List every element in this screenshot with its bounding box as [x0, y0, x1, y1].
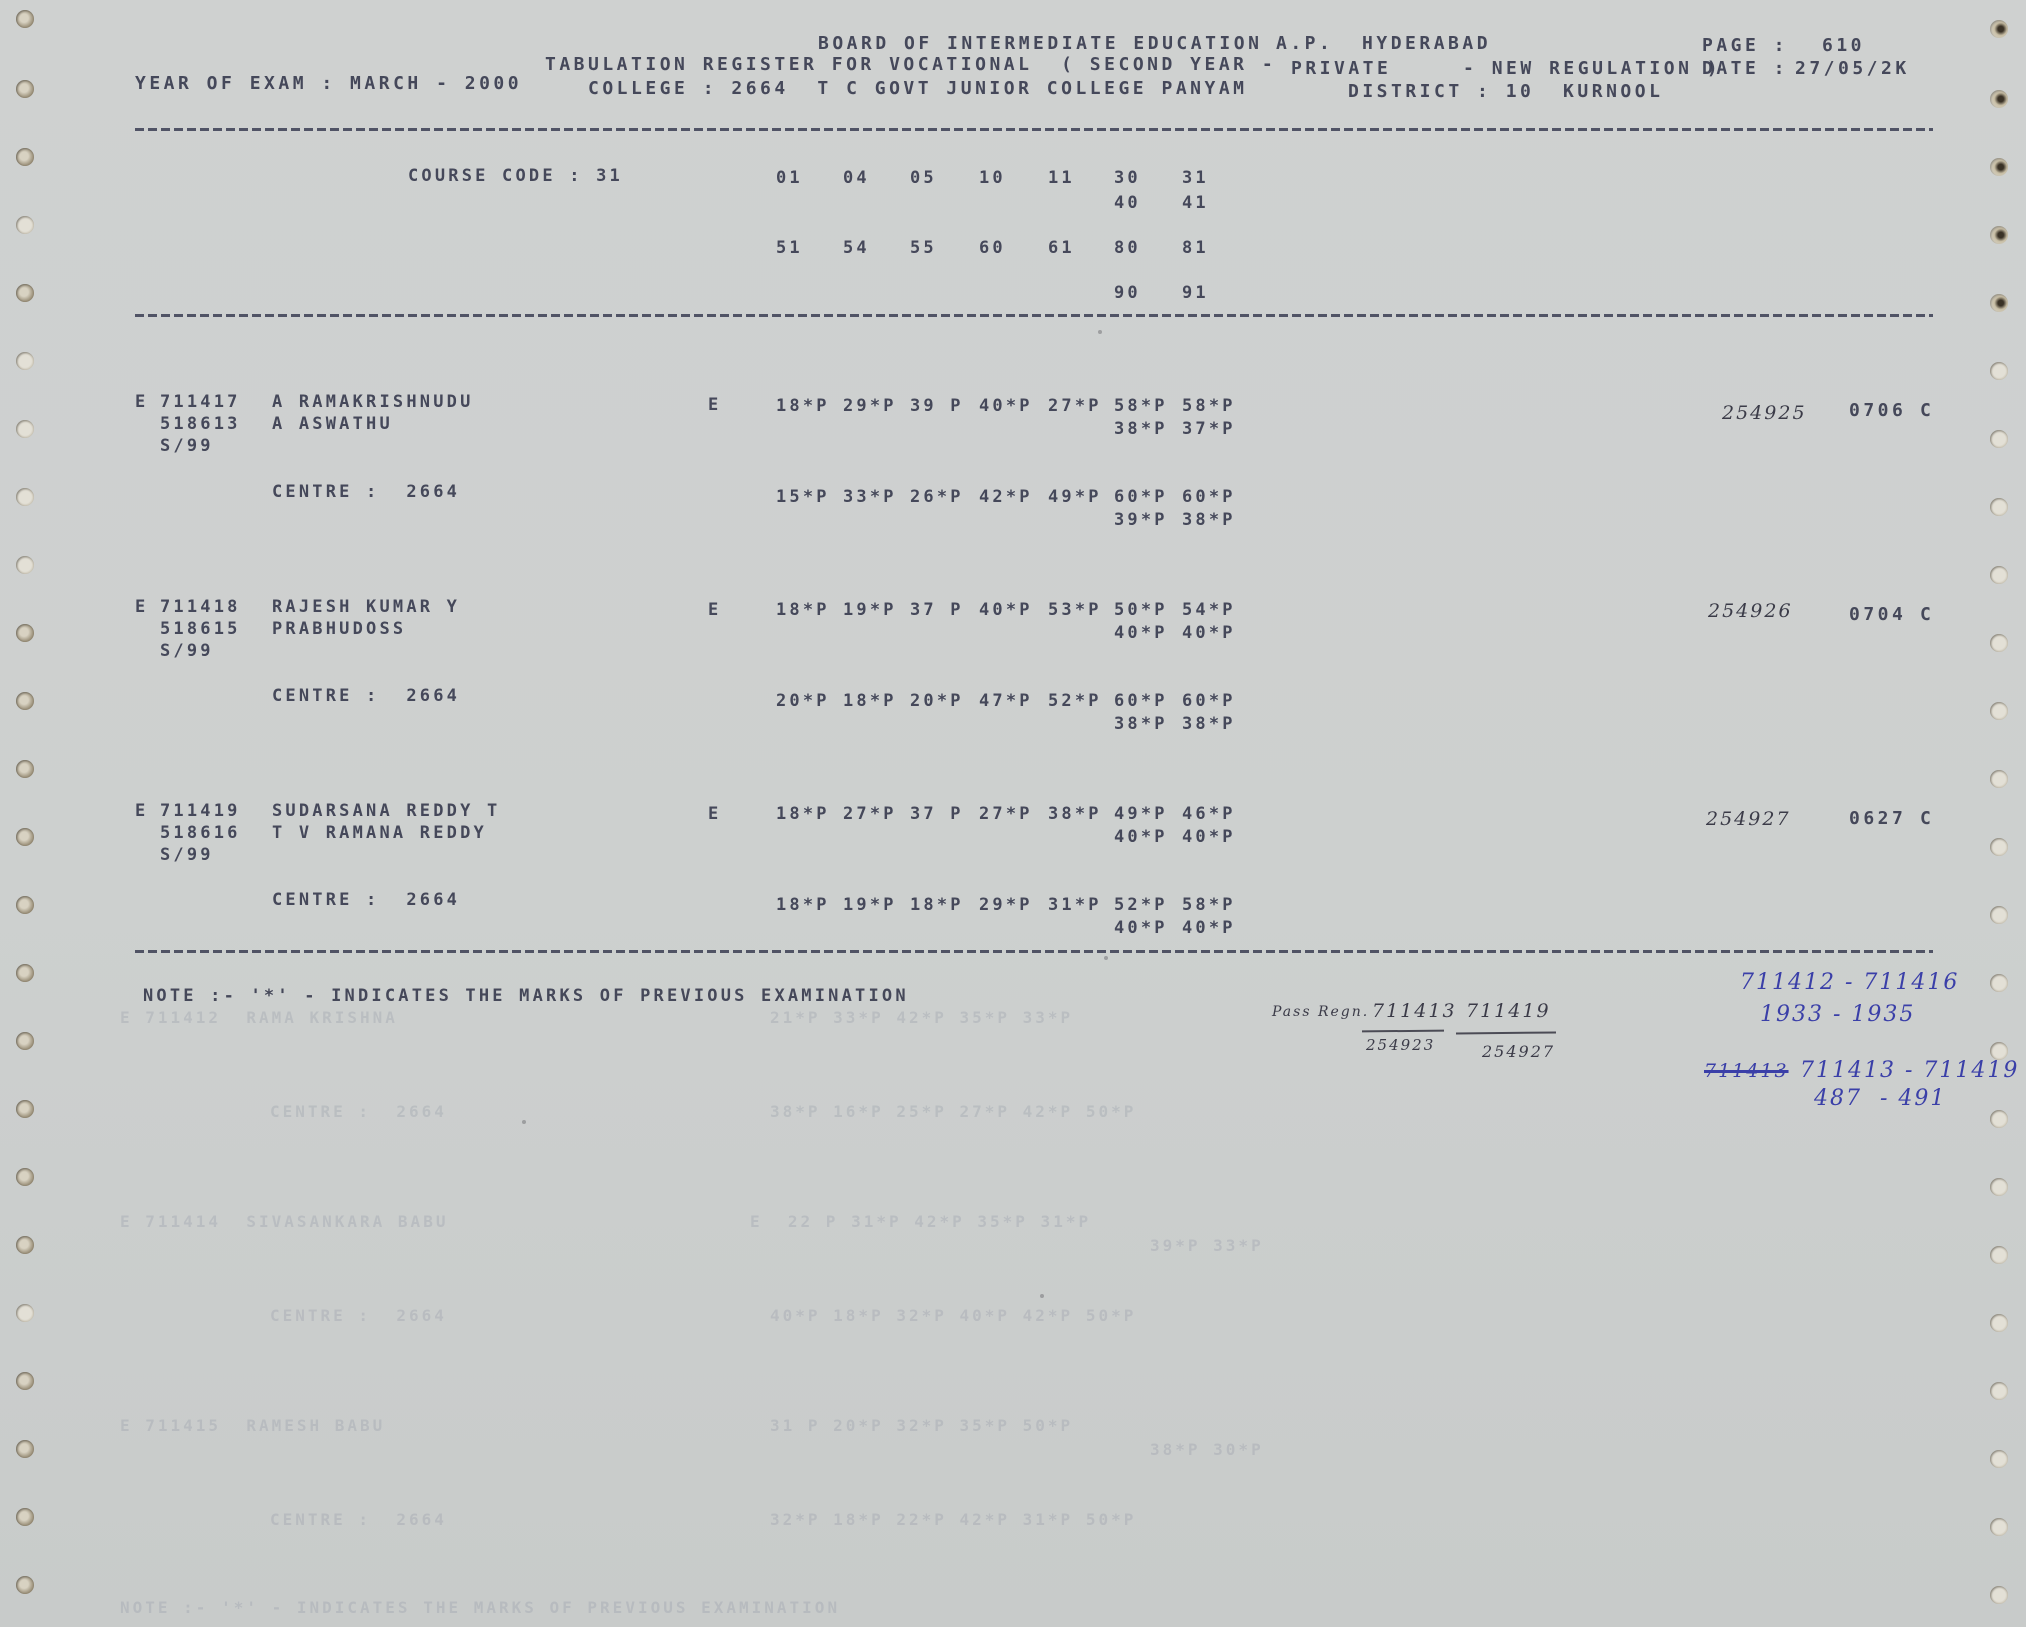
- feed-hole-icon: [16, 488, 34, 506]
- subject-code: 31: [1182, 168, 1209, 188]
- mark: 37*P: [1182, 419, 1236, 439]
- range-from-top: 711413: [1372, 1000, 1457, 1022]
- mark: 60*P: [1182, 487, 1236, 507]
- feed-hole-icon: [16, 1304, 34, 1322]
- mark: 29*P: [979, 895, 1033, 915]
- feed-hole-icon: [1990, 974, 2008, 992]
- feed-hole-icon: [16, 896, 34, 914]
- feed-hole-icon: [1990, 158, 2008, 176]
- exam-prefix: E: [135, 597, 148, 617]
- hall-ticket-number: 711419: [160, 801, 241, 821]
- subject-code: 11: [1048, 168, 1075, 188]
- feed-hole-icon: [16, 10, 34, 28]
- feed-hole-icon: [16, 352, 34, 370]
- feed-hole-icon: [16, 760, 34, 778]
- feed-hole-icon: [1990, 702, 2008, 720]
- total-marks: 0706: [1849, 400, 1906, 421]
- feed-hole-icon: [1990, 566, 2008, 584]
- mark: 19*P: [843, 600, 897, 620]
- mark: 40*P: [1182, 918, 1236, 938]
- mark: 52*P: [1048, 691, 1102, 711]
- ink-speck: [522, 1120, 526, 1124]
- feed-hole-icon: [1990, 634, 2008, 652]
- exam-prefix: E: [135, 392, 148, 412]
- mark: 58*P: [1114, 396, 1168, 416]
- mark: 54*P: [1182, 600, 1236, 620]
- centre: CENTRE : 2664: [272, 686, 460, 706]
- subject-code: 10: [979, 168, 1006, 188]
- student-name: A RAMAKRISHNUDU: [272, 392, 474, 412]
- range-from-bottom: 254923: [1366, 1036, 1435, 1054]
- feed-hole-icon: [16, 1032, 34, 1050]
- mark: 18*P: [776, 804, 830, 824]
- feed-hole-icon: [16, 1576, 34, 1594]
- feed-hole-icon: [1990, 838, 2008, 856]
- blue-note-struck: 711413: [1704, 1060, 1789, 1082]
- feed-hole-icon: [1990, 498, 2008, 516]
- feed-hole-icon: [1990, 430, 2008, 448]
- feed-hole-icon: [1990, 362, 2008, 380]
- mark: 39 P: [910, 396, 964, 416]
- id-number: 518615: [160, 619, 241, 639]
- subject-code: 41: [1182, 193, 1209, 213]
- result-grade: C: [1920, 400, 1934, 421]
- student-name: RAJESH KUMAR Y: [272, 597, 460, 617]
- subject-code: 61: [1048, 238, 1075, 258]
- mark: 39*P: [1114, 510, 1168, 530]
- range-to-bottom: 254927: [1482, 1042, 1555, 1061]
- session: S/99: [160, 436, 214, 456]
- print-date: 27/05/2K: [1795, 58, 1910, 79]
- mark: 19*P: [843, 895, 897, 915]
- course-code-label: COURSE CODE : 31: [408, 166, 623, 186]
- result-grade: C: [1920, 808, 1934, 829]
- blue-note-range: 711413 - 711419: [1800, 1058, 2019, 1083]
- ink-speck: [1104, 956, 1108, 960]
- feed-hole-icon: [1990, 1314, 2008, 1332]
- feed-hole-icon: [1990, 1110, 2008, 1128]
- fraction-bar: [1362, 1030, 1444, 1033]
- feed-hole-icon: [16, 420, 34, 438]
- pass-register-label: Pass Regn.: [1272, 1004, 1369, 1020]
- mark: 38*P: [1114, 714, 1168, 734]
- mark: 27*P: [843, 804, 897, 824]
- mark: 18*P: [776, 895, 830, 915]
- college-name: COLLEGE : 2664 T C GOVT JUNIOR COLLEGE P…: [588, 78, 1248, 99]
- feed-hole-icon: [16, 1508, 34, 1526]
- subject-code: 60: [979, 238, 1006, 258]
- mark: 40*P: [1114, 623, 1168, 643]
- subject-code: 55: [910, 238, 937, 258]
- hall-ticket-number: 711417: [160, 392, 241, 412]
- mark: 38*P: [1048, 804, 1102, 824]
- register-category: PRIVATE - NEW REGULATION ): [1291, 58, 1721, 79]
- feed-hole-icon: [16, 1100, 34, 1118]
- mark: 49*P: [1048, 487, 1102, 507]
- mark: 18*P: [910, 895, 964, 915]
- subject-code: 90: [1114, 283, 1141, 303]
- mark: 60*P: [1114, 487, 1168, 507]
- feed-hole-icon: [1990, 90, 2008, 108]
- subject-code: 81: [1182, 238, 1209, 258]
- subject-code: 40: [1114, 193, 1141, 213]
- feed-hole-icon: [1990, 294, 2008, 312]
- year-of-exam: YEAR OF EXAM : MARCH - 2000: [135, 73, 522, 94]
- mark: 20*P: [910, 691, 964, 711]
- feed-hole-icon: [16, 964, 34, 982]
- mark: 40*P: [1114, 918, 1168, 938]
- separator-line: [135, 314, 1933, 317]
- blue-note-range: 711412 - 711416: [1740, 970, 1959, 995]
- mark: 40*P: [1182, 623, 1236, 643]
- mark: 42*P: [979, 487, 1033, 507]
- mark: 40*P: [1114, 827, 1168, 847]
- medium: E: [708, 600, 721, 620]
- mark: 40*P: [979, 600, 1033, 620]
- hall-ticket-number: 711418: [160, 597, 241, 617]
- feed-hole-icon: [1990, 1382, 2008, 1400]
- subject-code: 01: [776, 168, 803, 188]
- session: S/99: [160, 641, 214, 661]
- medium: E: [708, 395, 721, 415]
- page-number: 610: [1822, 35, 1865, 56]
- board-location: A.P. HYDERABAD: [1276, 33, 1491, 54]
- page-label: PAGE :: [1702, 35, 1788, 56]
- total-marks: 0627: [1849, 808, 1906, 829]
- subject-code: 91: [1182, 283, 1209, 303]
- mark: 31*P: [1048, 895, 1102, 915]
- handwritten-serial: 254927: [1706, 808, 1791, 830]
- mark: 27*P: [1048, 396, 1102, 416]
- session: S/99: [160, 845, 214, 865]
- feed-hole-icon: [1990, 1586, 2008, 1604]
- handwritten-serial: 254926: [1708, 600, 1793, 622]
- feed-hole-icon: [16, 1372, 34, 1390]
- feed-hole-icon: [16, 216, 34, 234]
- feed-hole-icon: [1990, 906, 2008, 924]
- mark: 18*P: [776, 600, 830, 620]
- feed-hole-icon: [16, 148, 34, 166]
- feed-hole-icon: [1990, 1450, 2008, 1468]
- feed-hole-icon: [16, 80, 34, 98]
- range-to-top: 711419: [1466, 1000, 1551, 1022]
- mark: 37 P: [910, 600, 964, 620]
- mark: 33*P: [843, 487, 897, 507]
- mark: 40*P: [979, 396, 1033, 416]
- medium: E: [708, 804, 721, 824]
- ink-speck: [1040, 1294, 1044, 1298]
- mark: 60*P: [1182, 691, 1236, 711]
- blue-note-count: 487 - 491: [1814, 1086, 1946, 1111]
- mark: 58*P: [1182, 396, 1236, 416]
- mark: 38*P: [1182, 714, 1236, 734]
- feed-hole-icon: [1990, 1246, 2008, 1264]
- subject-code: 80: [1114, 238, 1141, 258]
- result-grade: C: [1920, 604, 1934, 625]
- mark: 60*P: [1114, 691, 1168, 711]
- tabulation-register-page: BOARD OF INTERMEDIATE EDUCATION A.P. HYD…: [0, 0, 2026, 1627]
- feed-hole-icon: [1990, 20, 2008, 38]
- mark: 38*P: [1114, 419, 1168, 439]
- student-name: SUDARSANA REDDY T: [272, 801, 500, 821]
- mark: 50*P: [1114, 600, 1168, 620]
- feed-hole-icon: [1990, 1178, 2008, 1196]
- mark: 20*P: [776, 691, 830, 711]
- total-marks: 0704: [1849, 604, 1906, 625]
- mark: 18*P: [843, 691, 897, 711]
- centre: CENTRE : 2664: [272, 890, 460, 910]
- separator-line: [135, 128, 1933, 131]
- mark: 40*P: [1182, 827, 1236, 847]
- feed-hole-icon: [1990, 226, 2008, 244]
- mark: 46*P: [1182, 804, 1236, 824]
- feed-hole-icon: [16, 1168, 34, 1186]
- feed-hole-icon: [16, 556, 34, 574]
- parent-name: PRABHUDOSS: [272, 619, 406, 639]
- parent-name: A ASWATHU: [272, 414, 393, 434]
- separator-line: [135, 950, 1933, 953]
- id-number: 518613: [160, 414, 241, 434]
- feed-hole-icon: [16, 692, 34, 710]
- mark: 15*P: [776, 487, 830, 507]
- mark: 38*P: [1182, 510, 1236, 530]
- feed-hole-icon: [16, 1440, 34, 1458]
- mark: 26*P: [910, 487, 964, 507]
- blue-note-count: 1933 - 1935: [1760, 1002, 1915, 1027]
- mark: 52*P: [1114, 895, 1168, 915]
- centre: CENTRE : 2664: [272, 482, 460, 502]
- feed-hole-icon: [16, 284, 34, 302]
- mark: 47*P: [979, 691, 1033, 711]
- district-name: DISTRICT : 10 KURNOOL: [1348, 81, 1663, 102]
- mark: 27*P: [979, 804, 1033, 824]
- mark: 37 P: [910, 804, 964, 824]
- mark: 49*P: [1114, 804, 1168, 824]
- subject-code: 04: [843, 168, 870, 188]
- feed-hole-icon: [16, 1236, 34, 1254]
- handwritten-serial: 254925: [1722, 402, 1807, 424]
- mark: 29*P: [843, 396, 897, 416]
- mark: 18*P: [776, 396, 830, 416]
- subject-code: 51: [776, 238, 803, 258]
- exam-prefix: E: [135, 801, 148, 821]
- id-number: 518616: [160, 823, 241, 843]
- mark: 53*P: [1048, 600, 1102, 620]
- footnote: NOTE :- '*' - INDICATES THE MARKS OF PRE…: [143, 986, 909, 1006]
- feed-hole-icon: [16, 828, 34, 846]
- date-label: DATE :: [1702, 58, 1788, 79]
- feed-hole-icon: [16, 624, 34, 642]
- ink-speck: [1098, 330, 1102, 334]
- feed-hole-icon: [1990, 770, 2008, 788]
- register-title: TABULATION REGISTER FOR VOCATIONAL ( SEC…: [545, 54, 1276, 75]
- parent-name: T V RAMANA REDDY: [272, 823, 487, 843]
- board-name: BOARD OF INTERMEDIATE EDUCATION: [818, 33, 1262, 54]
- subject-code: 30: [1114, 168, 1141, 188]
- subject-code: 54: [843, 238, 870, 258]
- mark: 58*P: [1182, 895, 1236, 915]
- fraction-bar: [1456, 1031, 1556, 1034]
- subject-code: 05: [910, 168, 937, 188]
- feed-hole-icon: [1990, 1518, 2008, 1536]
